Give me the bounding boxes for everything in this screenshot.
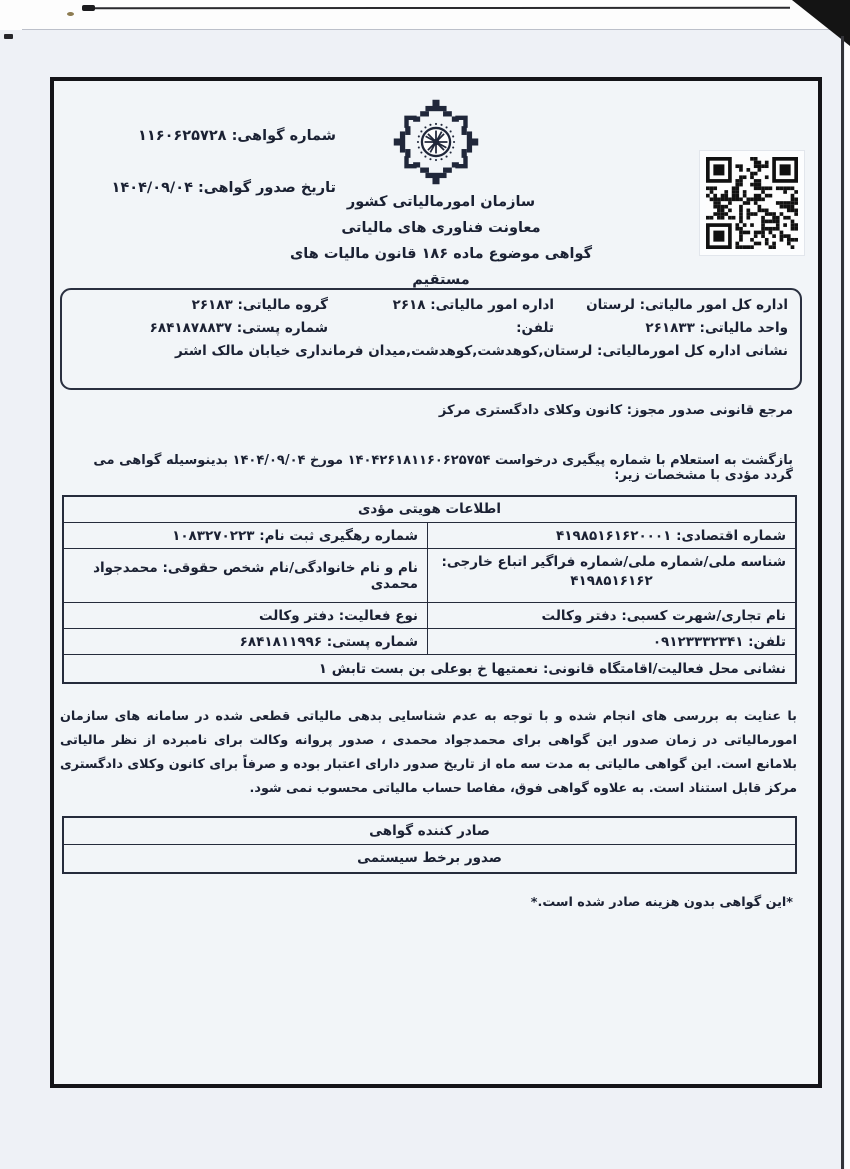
tax-organization-emblem-icon [384,96,488,188]
issue-date-value: ۱۴۰۴/۰۹/۰۴ [112,180,193,196]
paper-top-edge [22,29,837,30]
scan-artifact-left-mark [4,34,13,39]
scan-artifact-top-line [88,7,790,10]
office-address-field: نشانی اداره کل امورمالیاتی: لرستان,کوهدش… [74,343,788,359]
free-of-charge-footnote: *این گواهی بدون هزینه صادر شده است.* [60,895,793,910]
issuer-title: صادر کننده گواهی [64,818,795,845]
taxpayer-table-title: اطلاعات هویتی مؤدی [64,497,795,523]
issuer-table: صادر کننده گواهی صدور برخط سیستمی [62,816,797,874]
inquiry-reference-line: بازگشت به استعلام با شماره پیگیری درخواس… [60,453,793,483]
certificate-number-line: شماره گواهی: ۱۱۶۰۶۲۵۷۲۸ [94,128,336,144]
certificate-subject-line: گواهی موضوع ماده ۱۸۶ قانون مالیات های [276,241,606,267]
taxpayer-name-field: نام و نام خانوادگی/نام شخص حقوقی: محمدجو… [64,549,427,602]
taxpayer-identity-table: اطلاعات هویتی مؤدی شماره اقتصادی: ۴۱۹۸۵۱… [62,495,797,684]
registration-tracking-field: شماره رهگیری ثبت نام: ۱۰۸۳۲۷۰۲۲۳ [64,523,427,548]
taxpayer-address-field: نشانی محل فعالیت/اقامتگاه قانونی: نعمتیه… [64,655,795,682]
tax-group-field: گروه مالیاتی: ۲۶۱۸۳ [74,297,328,313]
tax-office-info-box: اداره کل امور مالیاتی: لرستان اداره امور… [60,288,802,390]
organization-name: سازمان امورمالیاتی کشور [276,189,606,215]
taxpayer-phone-field: تلفن: ۰۹۱۲۳۳۳۲۳۴۱ [427,629,795,654]
scan-artifact-right-edge [841,36,844,1169]
national-id-field: شناسه ملی/شماره ملی/شماره فراگیر اتباع خ… [427,549,795,602]
office-phone-field: تلفن: [328,320,554,336]
qr-code [700,151,804,255]
trade-name-field: نام تجاری/شهرت کسبی: دفتر وکالت [427,603,795,628]
scan-artifact-top-mark [82,5,95,11]
certificate-number-label: شماره گواهی: [232,128,336,144]
issuer-value: صدور برخط سیستمی [64,845,795,872]
certificate-statement: با عنایت به بررسی های انجام شده و با توج… [60,705,797,801]
activity-type-field: نوع فعالیت: دفتر وکالت [64,603,427,628]
certificate-number-value: ۱۱۶۰۶۲۵۷۲۸ [138,128,227,144]
document-frame: شماره گواهی: ۱۱۶۰۶۲۵۷۲۸ تاریخ صدور گواهی… [50,77,822,1088]
organization-deputy: معاونت فناوری های مالیاتی [276,215,606,241]
tax-office-field: اداره امور مالیاتی: ۲۶۱۸ [328,297,554,313]
office-postal-field: شماره پستی: ۶۸۴۱۸۷۸۸۳۷ [74,320,328,336]
legal-authority-line: مرجع قانونی صدور مجوز: کانون وکلای دادگس… [60,403,793,418]
scan-artifact-speck [67,12,74,16]
organization-title-block: سازمان امورمالیاتی کشور معاونت فناوری ها… [276,189,606,293]
economic-code-field: شماره اقتصادی: ۴۱۹۸۵۱۶۱۶۲۰۰۰۱ [427,523,795,548]
scanned-tax-certificate-page: { "header": { "certificate_number_label"… [0,0,850,1169]
tax-unit-field: واحد مالیاتی: ۲۶۱۸۳۳ [554,320,788,336]
general-office-field: اداره کل امور مالیاتی: لرستان [554,297,788,313]
taxpayer-postal-field: شماره پستی: ۶۸۴۱۸۱۱۹۹۶ [64,629,427,654]
